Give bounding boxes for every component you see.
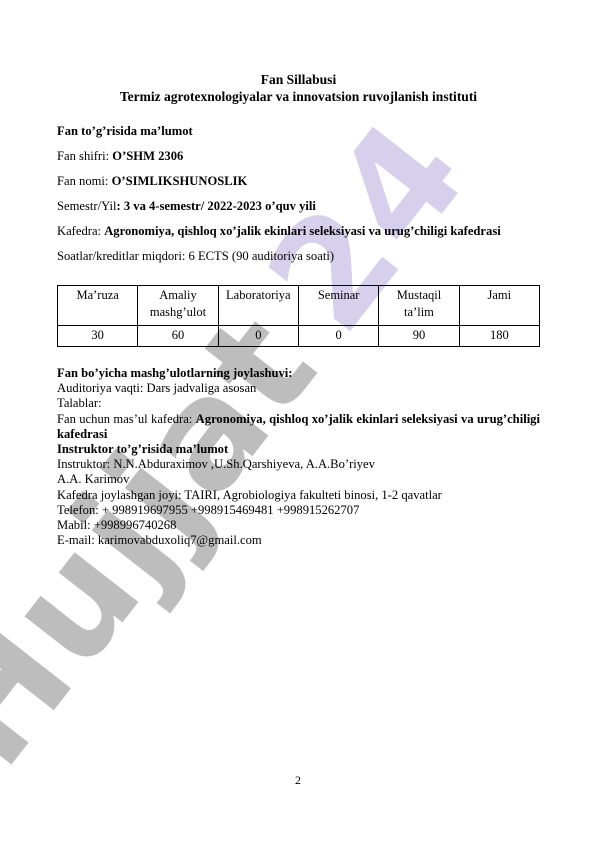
header-cell-amaliy: Amaliy mashg’ulot	[138, 286, 218, 326]
doc-title: Fan Sillabusi	[57, 71, 540, 88]
value-cell-laboratoriya: 0	[218, 326, 298, 347]
location-line: Kafedra joylashgan joyi: TAIRI, Agrobiol…	[57, 488, 540, 503]
course-info-heading: Fan to’g’risida ma’lumot	[57, 121, 540, 141]
title-block: Fan Sillabusi Termiz agrotexnologiyalar …	[57, 71, 540, 105]
instructor-heading: Instruktor to’g’risida ma’lumot	[57, 442, 540, 457]
responsible-department-line: Fan uchun mas’ul kafedra: Agronomiya, qi…	[57, 412, 540, 442]
course-name-line: Fan nomi: O’SIMLIKSHUNOSLIK	[57, 171, 540, 191]
doc-subtitle: Termiz agrotexnologiyalar va innovatsion…	[57, 88, 540, 105]
department-value: Agronomiya, qishloq xo’jalik ekinlari se…	[104, 224, 501, 238]
semester-line: Semestr/Yil: 3 va 4-semestr/ 2022-2023 o…	[57, 196, 540, 216]
responsible-label: Fan uchun mas’ul kafedra:	[57, 412, 196, 426]
course-code-line: Fan shifri: O’SHM 2306	[57, 146, 540, 166]
header-cell-jami: Jami	[459, 286, 539, 326]
requirements-line: Talablar:	[57, 396, 540, 411]
auditorium-line: Auditoriya vaqti: Dars jadvaliga asosan	[57, 381, 540, 396]
value-cell-seminar: 0	[298, 326, 378, 347]
document-page: Hujjat24 Fan Sillabusi Termiz agrotexnol…	[0, 0, 596, 842]
value-cell-jami: 180	[459, 326, 539, 347]
header-cell-mustaqil: Mustaqil ta’lim	[379, 286, 459, 326]
course-info-section: Fan to’g’risida ma’lumot Fan shifri: O’S…	[57, 121, 540, 266]
phone-line: Telefon: + 998919697955 +998915469481 +9…	[57, 503, 540, 518]
semester-value: : 3 va 4-semestr/ 2022-2023 o’quv yili	[116, 199, 315, 213]
schedule-heading: Fan bo’yicha mashg’ulotlarning joylashuv…	[57, 366, 540, 381]
header-cell-laboratoriya: Laboratoriya	[218, 286, 298, 326]
course-name-value: O’SIMLIKSHUNOSLIK	[112, 174, 248, 188]
hours-line: Soatlar/kreditlar miqdori: 6 ECTS (90 au…	[57, 246, 540, 266]
department-line: Kafedra: Agronomiya, qishloq xo’jalik ek…	[57, 221, 540, 241]
page-content: Fan Sillabusi Termiz agrotexnologiyalar …	[0, 0, 596, 548]
value-cell-mustaqil: 90	[379, 326, 459, 347]
schedule-info-section: Fan bo’yicha mashg’ulotlarning joylashuv…	[57, 366, 540, 548]
course-code-value: O’SHM 2306	[112, 149, 183, 163]
mobile-line: Mabil: +998996740268	[57, 518, 540, 533]
hours-table-header-row: Ma’ruza Amaliy mashg’ulot Laboratoriya S…	[58, 286, 540, 326]
header-cell-seminar: Seminar	[298, 286, 378, 326]
semester-label: Semestr/Yil	[57, 199, 116, 213]
page-number: 2	[0, 773, 596, 788]
course-code-label: Fan shifri:	[57, 149, 112, 163]
department-label: Kafedra:	[57, 224, 104, 238]
hours-table-value-row: 30 60 0 0 90 180	[58, 326, 540, 347]
header-cell-maruza: Ma’ruza	[58, 286, 138, 326]
value-cell-maruza: 30	[58, 326, 138, 347]
instructor-extra-line: A.A. Karimov	[57, 472, 540, 487]
value-cell-amaliy: 60	[138, 326, 218, 347]
hours-table: Ma’ruza Amaliy mashg’ulot Laboratoriya S…	[57, 285, 540, 347]
course-name-label: Fan nomi:	[57, 174, 112, 188]
email-line: E-mail: karimovabduxoliq7@gmail.com	[57, 533, 540, 548]
instructors-line: Instruktor: N.N.Abduraximov ,U.Sh.Qarshi…	[57, 457, 540, 472]
